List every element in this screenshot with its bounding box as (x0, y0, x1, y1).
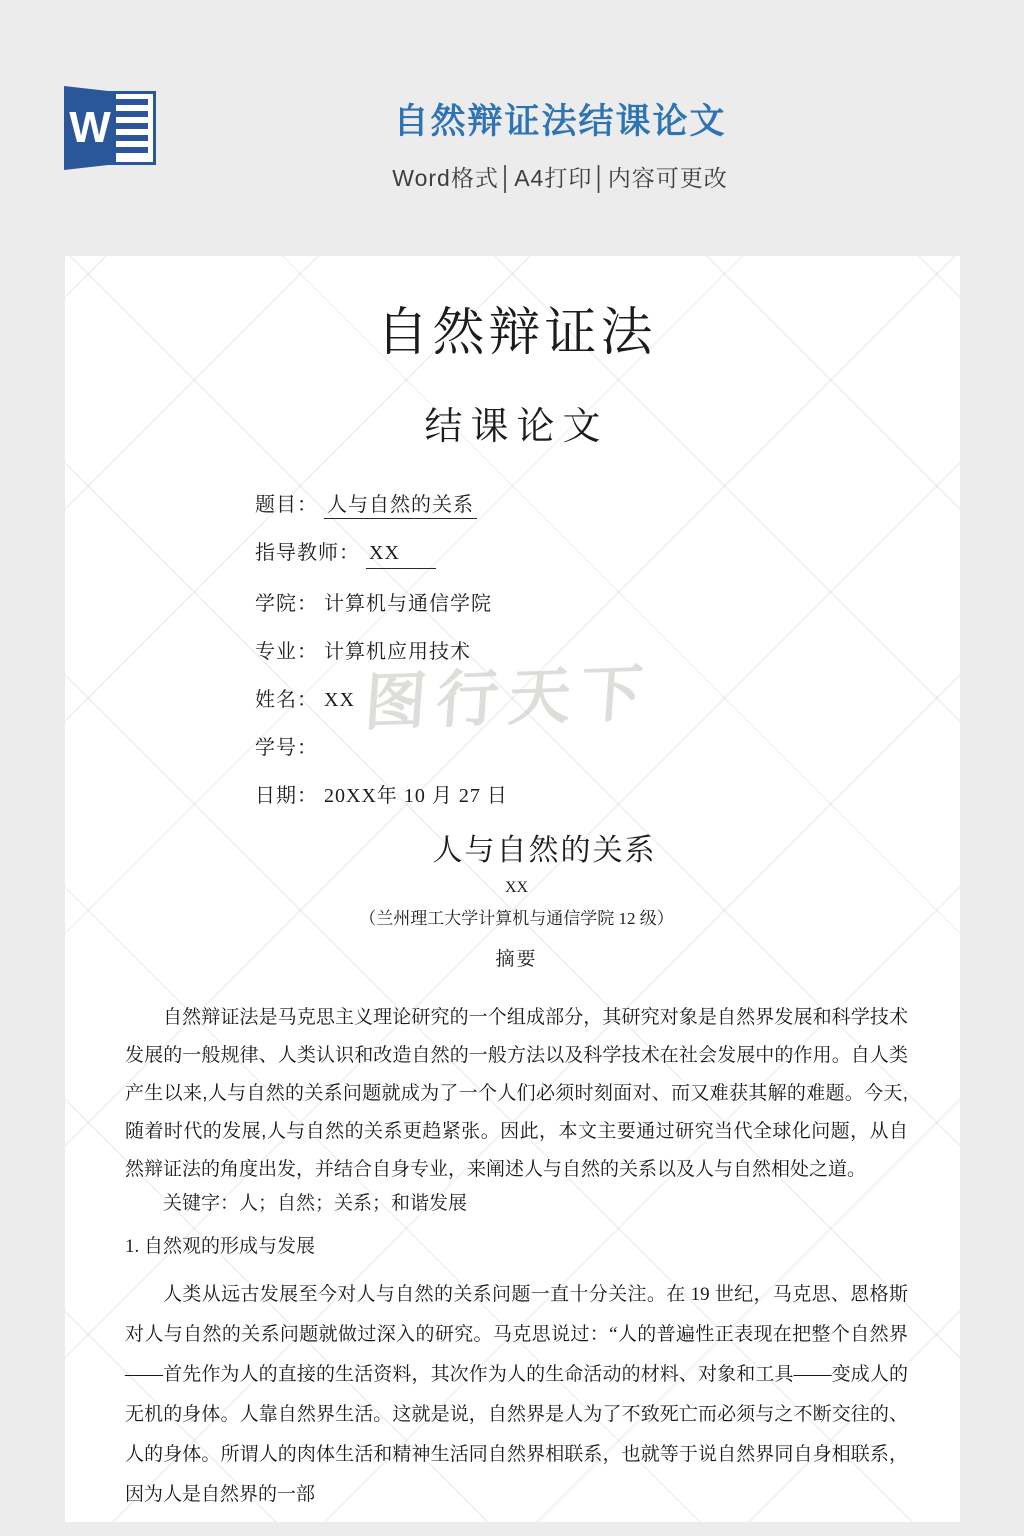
article-affiliation: （兰州理工大学计算机与通信学院 12 级） (125, 907, 908, 931)
cover-title: 自然辩证法 (125, 300, 908, 368)
body-paragraph: 人类从远古发展至今对人与自然的关系问题一直十分关注。在 19 世纪，马克思、恩格… (125, 1275, 908, 1515)
document-content: 自然辩证法 结课论文 题目：人与自然的关系 指导教师：XX 学院：计算机与通信学… (65, 300, 960, 1515)
field-row-name: 姓名：XX (255, 687, 908, 713)
field-value: 计算机应用技术 (324, 641, 471, 663)
article-title: 人与自然的关系 (125, 831, 908, 871)
article-author: XX (125, 877, 908, 899)
cover-subtitle: 结课论文 (125, 402, 908, 452)
page-title: 自然辩证法结课论文 (96, 94, 1024, 144)
abstract-label: 摘要 (125, 947, 908, 973)
field-row-major: 专业：计算机应用技术 (255, 639, 908, 665)
field-label: 专业： (255, 639, 318, 665)
field-row-topic: 题目：人与自然的关系 (255, 492, 908, 518)
field-label: 学院： (255, 591, 318, 617)
header-text: 自然辩证法结课论文 Word格式│A4打印│内容可更改 (96, 94, 1024, 193)
field-value: XX (366, 540, 436, 569)
field-label: 题目： (255, 492, 318, 518)
section-heading: 1. 自然观的形成与发展 (125, 1233, 908, 1261)
header: W 自然辩证法结课论文 Word格式│A4打印│内容可更改 (0, 0, 1024, 256)
document-page: 图行天下 自然辩证法 结课论文 题目：人与自然的关系 指导教师：XX 学院：计算… (65, 256, 960, 1522)
field-value: XX (324, 689, 355, 711)
field-value: 人与自然的关系 (324, 494, 477, 519)
field-row-date: 日期：20XX年 10 月 27 日 (255, 783, 908, 809)
field-row-advisor: 指导教师：XX (255, 540, 908, 569)
field-label: 学号： (255, 735, 318, 761)
page-subtitle: Word格式│A4打印│内容可更改 (96, 160, 1024, 193)
field-label: 指导教师： (255, 540, 360, 566)
field-value: 20XX年 10 月 27 日 (324, 785, 508, 807)
field-value: 计算机与通信学院 (324, 593, 492, 615)
field-label: 姓名： (255, 687, 318, 713)
cover-fields: 题目：人与自然的关系 指导教师：XX 学院：计算机与通信学院 专业：计算机应用技… (255, 492, 908, 809)
page-canvas: W 自然辩证法结课论文 Word格式│A4打印│内容可更改 图行天下 自然辩证法… (0, 0, 1024, 1536)
field-row-student-id: 学号： (255, 735, 908, 761)
abstract-paragraph: 自然辩证法是马克思主义理论研究的一个组成部分，其研究对象是自然界发展和科学技术发… (125, 999, 908, 1189)
field-row-college: 学院：计算机与通信学院 (255, 591, 908, 617)
field-label: 日期： (255, 783, 318, 809)
keywords-line: 关键字：人；自然；关系；和谐发展 (125, 1189, 908, 1219)
